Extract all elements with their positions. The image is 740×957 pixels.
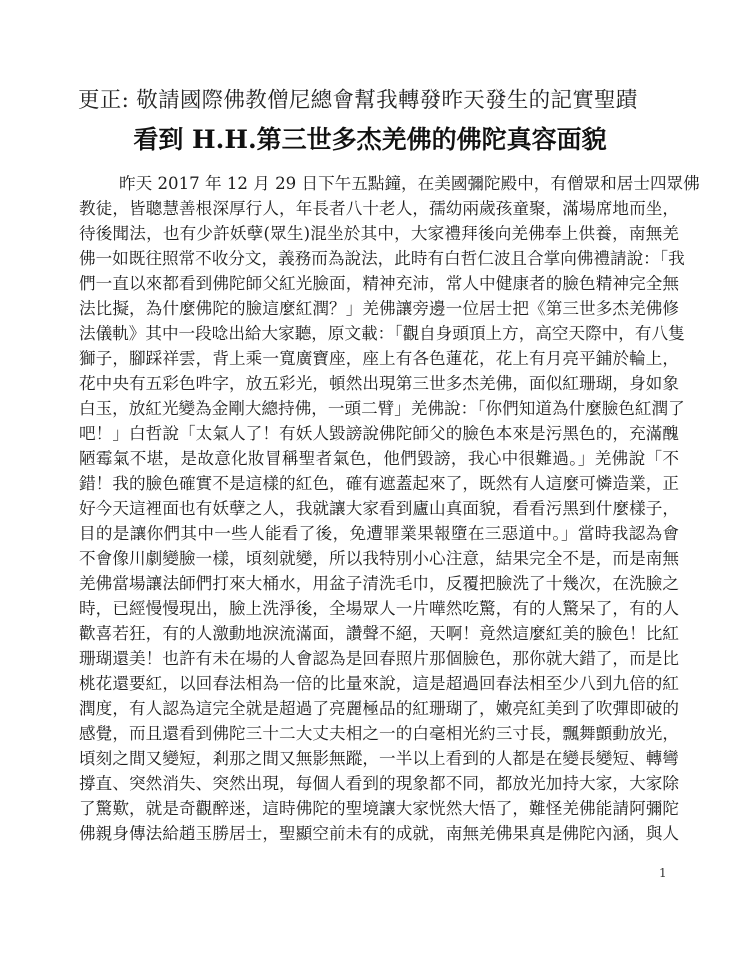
body-line: 陋霉氣不堪，是故意化妝冒稱聖者氣色，他們毀謗，我心中很難過。」羌佛說「不	[79, 446, 679, 471]
body-line: 撐直、突然消失、突然出現，每個人看到的現象都不同，都放光加持大家，大家除	[79, 771, 679, 796]
body-line: 獅子，腳踩祥雲，背上乘一寬廣寶座，座上有各色蓮花，花上有月亮平鋪於輪上，	[79, 346, 679, 371]
body-line: 錯！我的臉色確實不是這樣的紅色，確有遮蓋起來了，既然有人這麼可憐造業，正	[79, 471, 679, 496]
page-number: 1	[659, 866, 667, 880]
body-line: 昨天 2017 年 12 月 29 日下午五點鐘，在美國彌陀殿中，有僧眾和居士四…	[79, 171, 679, 196]
body-line: 潤度，有人認為這完全就是超過了亮麗極品的紅珊瑚了，嫩亮紅美到了吹彈即破的	[79, 696, 679, 721]
document-page: 更正: 敬請國際佛教僧尼總會幫我轉發昨天發生的記實聖蹟 看到 H.H.第三世多杰…	[0, 0, 740, 957]
body-line: 白玉，放紅光變為金剛大總持佛，一頭二臂」羌佛說：「你們知道為什麼臉色紅潤了	[79, 396, 679, 421]
body-paragraph: 昨天 2017 年 12 月 29 日下午五點鐘，在美國彌陀殿中，有僧眾和居士四…	[79, 171, 679, 846]
body-line: 待後聞法，也有少許妖孽(眾生)混坐於其中，大家禮拜後向羌佛奉上供養，南無羌	[79, 221, 679, 246]
body-line: 教徒，皆聰慧善根深厚行人，年長者八十老人，孺幼兩歲孩童聚，滿場席地而坐，	[79, 196, 679, 221]
body-line: 法比擬，為什麼佛陀的臉這麼紅潤？」羌佛讓旁邊一位居士把《第三世多杰羌佛修	[79, 296, 679, 321]
body-line: 珊瑚還美！也許有未在場的人會認為是回春照片那個臉色，那你就大錯了，而是比	[79, 646, 679, 671]
body-line: 佛一如既往照常不收分文，義務而為說法，此時有白哲仁波且合掌向佛禮請說：「我	[79, 246, 679, 271]
body-line: 花中央有五彩色吽字，放五彩光，頓然出現第三世多杰羌佛，面似紅珊瑚，身如象	[79, 371, 679, 396]
correction-heading: 更正: 敬請國際佛教僧尼總會幫我轉發昨天發生的記實聖蹟	[78, 86, 678, 116]
document-title: 看到 H.H.第三世多杰羌佛的佛陀真容面貌	[0, 122, 740, 158]
body-line: 好今天這裡面也有妖孽之人，我就讓大家看到廬山真面貌，看看污黑到什麼樣子，	[79, 496, 679, 521]
body-line: 歡喜若狂，有的人激動地淚流滿面，讚聲不絕，天啊！竟然這麼紅美的臉色！比紅	[79, 621, 679, 646]
body-line: 頃刻之間又變短，剎那之間又無影無蹤，一半以上看到的人都是在變長變短、轉彎	[79, 746, 679, 771]
body-line: 吧！」白哲說「太氣人了！有妖人毀謗說佛陀師父的臉色本來是污黑色的，充滿醜	[79, 421, 679, 446]
body-line: 感覺，而且還看到佛陀三十二大丈夫相之一的白毫相光約三寸長，飄舞顫動放光，	[79, 721, 679, 746]
body-line: 佛親身傳法給趙玉勝居士，聖顯空前未有的成就，南無羌佛果真是佛陀內涵，與人	[79, 821, 679, 846]
body-line: 羌佛當場讓法師們打來大桶水，用盆子清洗毛巾，反覆把臉洗了十幾次，在洗臉之	[79, 571, 679, 596]
body-line: 目的是讓你們其中一些人能看了後，免遭罪業果報墮在三惡道中。」當時我認為會	[79, 521, 679, 546]
body-line: 們一直以來都看到佛陀師父紅光臉面，精神充沛，常人中健康者的臉色精神完全無	[79, 271, 679, 296]
body-line: 法儀軌》其中一段唸出給大家聽，原文載：「觀自身頭頂上方，高空天際中，有八隻	[79, 321, 679, 346]
body-line: 不會像川劇變臉一樣，頃刻就變，所以我特別小心注意，結果完全不是，而是南無	[79, 546, 679, 571]
body-line: 了驚歎，就是奇觀醉迷，這時佛陀的聖境讓大家恍然大悟了，難怪羌佛能請阿彌陀	[79, 796, 679, 821]
body-line: 桃花還要紅，以回春法相為一倍的比量來說，這是超過回春法相至少八到九倍的紅	[79, 671, 679, 696]
body-line: 時，已經慢慢現出，臉上洗淨後，全場眾人一片嘩然吃驚，有的人驚呆了，有的人	[79, 596, 679, 621]
